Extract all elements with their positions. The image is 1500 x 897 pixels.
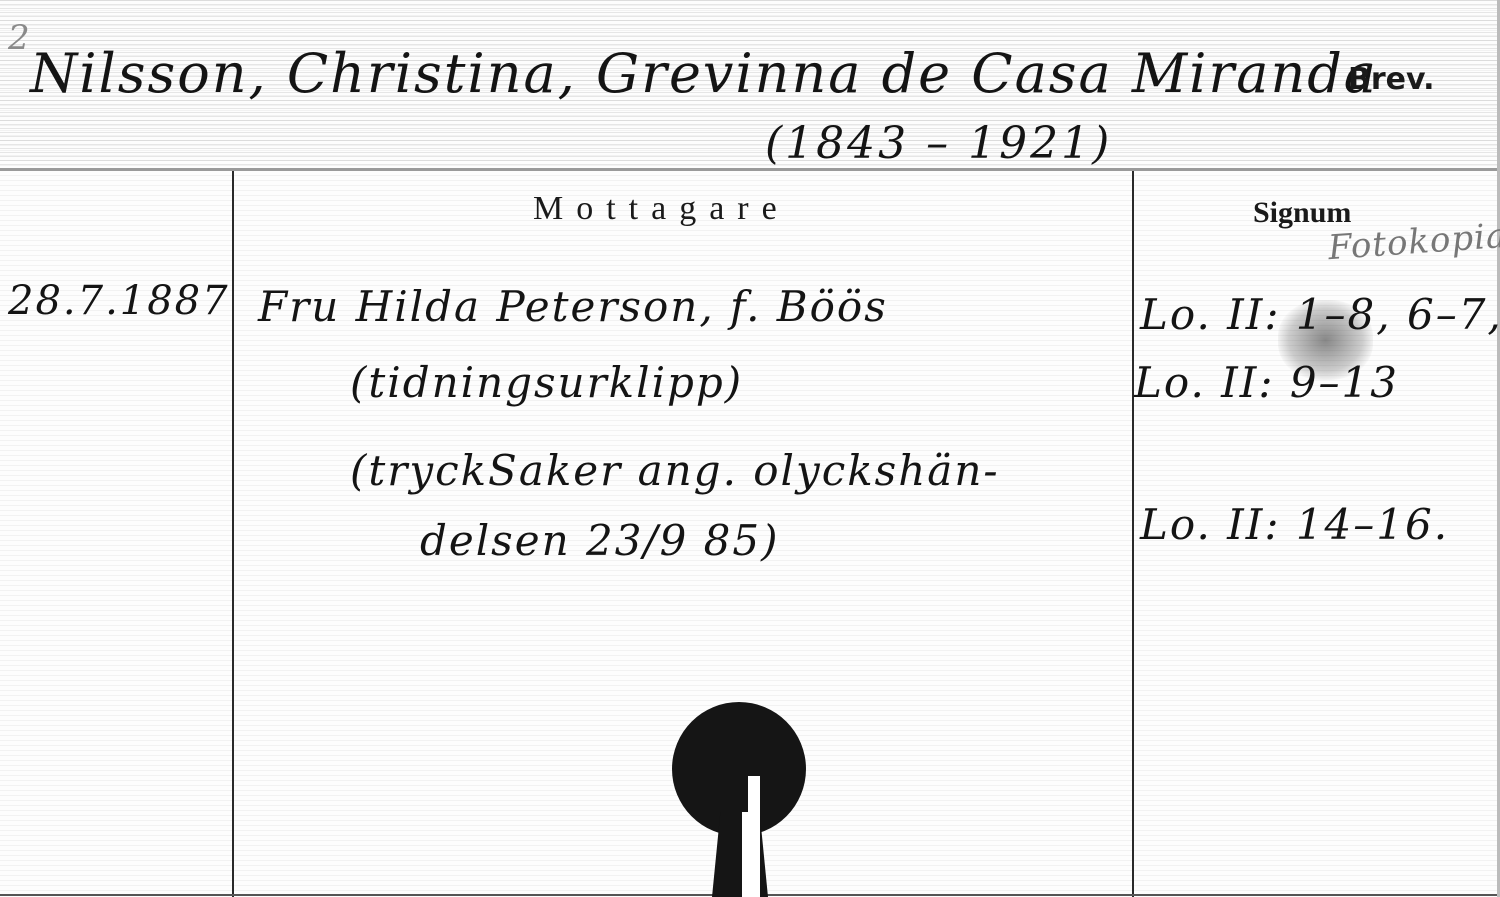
date-column-divider bbox=[232, 171, 234, 897]
subject-name: Nilsson, Christina, Grevinna de Casa Mir… bbox=[30, 42, 1378, 105]
keyhole-rod-highlight bbox=[742, 812, 750, 897]
recipient-line: (tryckSaker ang. olyckshän- bbox=[350, 446, 1000, 495]
keyhole-punch-icon bbox=[672, 702, 808, 897]
recipient-line: (tidningsurklipp) bbox=[350, 358, 743, 407]
signum-pencil-note: Fotokopia bbox=[1327, 216, 1500, 268]
signum-line: Lo. II: 1–8, 6–7, 8. bbox=[1140, 290, 1500, 339]
card-number: 2 bbox=[8, 18, 31, 58]
card-type-label: Brev. bbox=[1348, 62, 1435, 97]
signum-line: Lo. II: 14–16. bbox=[1140, 500, 1449, 549]
recipient-column-header: Mottagare bbox=[533, 190, 790, 228]
signum-column-divider bbox=[1132, 171, 1134, 897]
catalog-card: 2 Nilsson, Christina, Grevinna de Casa M… bbox=[0, 0, 1500, 897]
header-divider bbox=[0, 168, 1500, 171]
signum-line: Lo. II: 9–13 bbox=[1134, 358, 1399, 407]
entry-date: 28.7.1887 bbox=[8, 278, 230, 324]
subject-years: (1843 – 1921) bbox=[765, 118, 1112, 169]
recipient-line: delsen 23/9 85) bbox=[420, 516, 779, 565]
signum-column-header: Signum bbox=[1253, 196, 1351, 230]
recipient-line: Fru Hilda Peterson, f. Böös bbox=[258, 282, 888, 331]
